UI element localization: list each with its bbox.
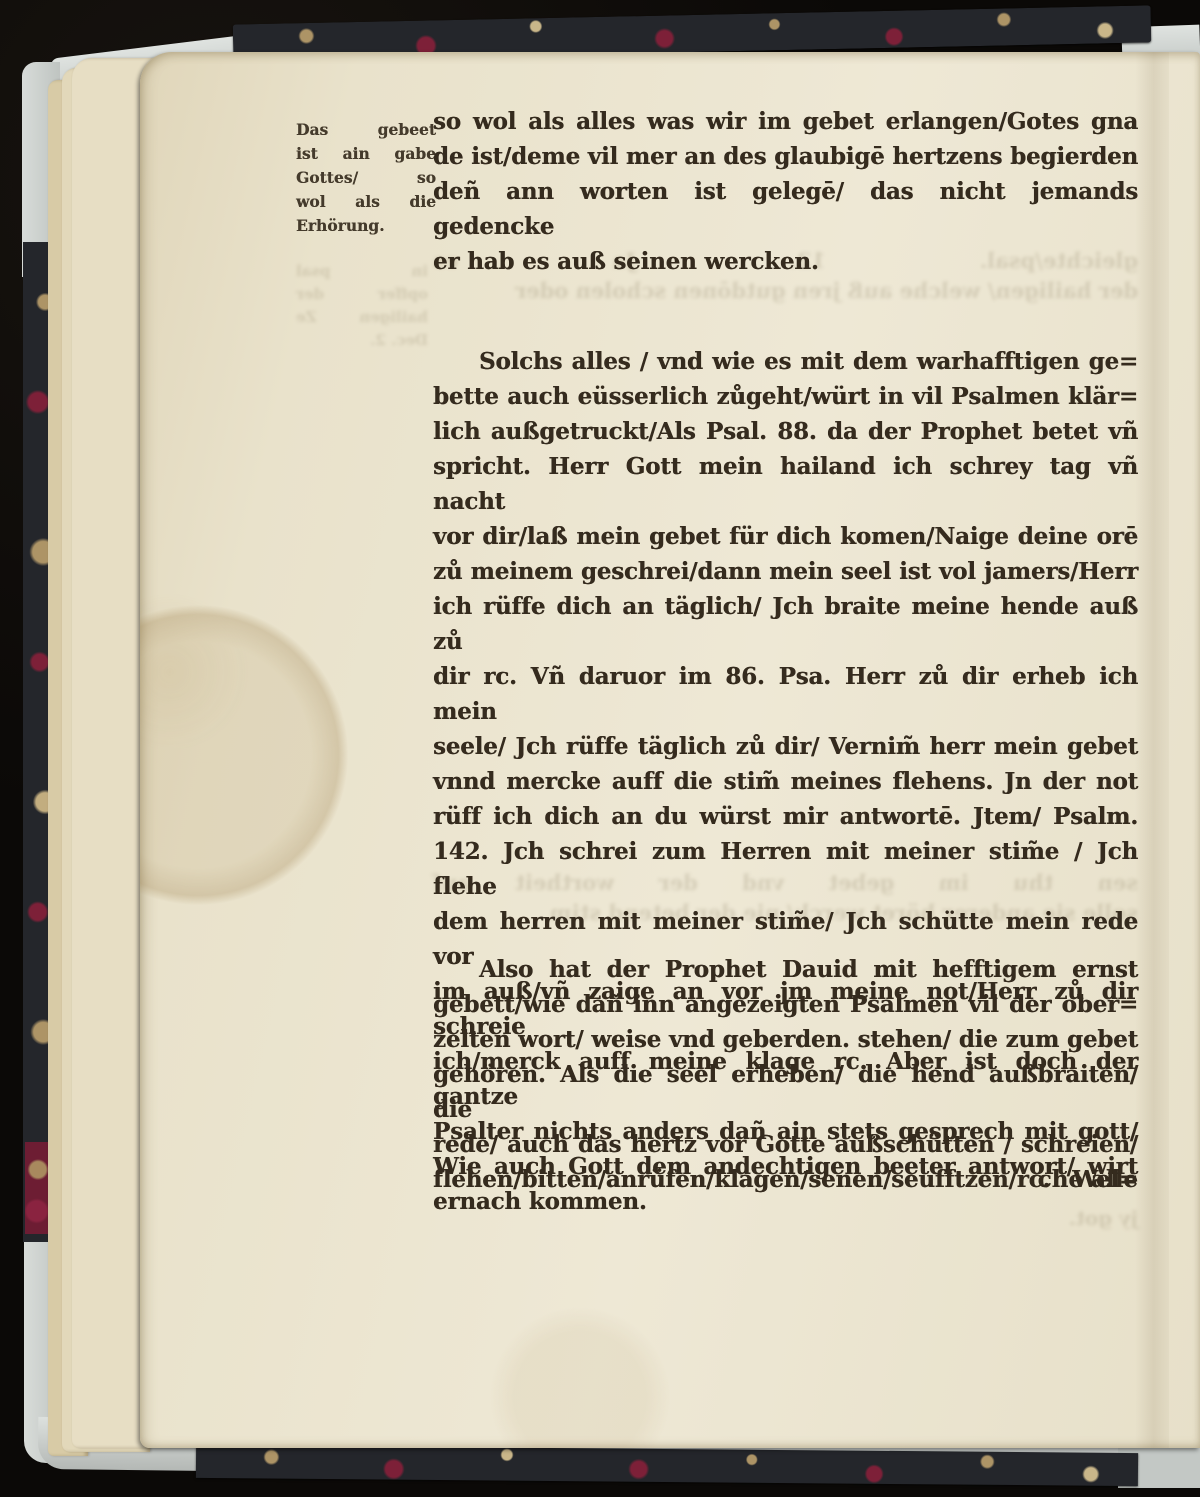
catchword: che alle: [433, 1162, 1138, 1197]
marbled-endpaper-bottom: [196, 1445, 1138, 1486]
text-line: der hailigen/ welche auß jren gutdōnen s…: [433, 276, 1138, 306]
text-line: ich rüffe dich an täglich/ Jch braite me…: [433, 589, 1138, 659]
margin-note-line: Gottes/ so: [296, 166, 436, 190]
book-photograph: { "colors":{ "background":"#0b0907","pag…: [0, 0, 1200, 1497]
text-line: hailigen Ze: [296, 306, 428, 329]
text-line: zelten wort/ weise vnd geberden. stehen/…: [433, 1022, 1138, 1057]
text-line: vnnd mercke auff die stim̃ meines flehen…: [433, 764, 1138, 799]
text-line: 142. Jch schrei zum Herren mit meiner st…: [433, 834, 1138, 904]
text-line: rüff ich dich an du würst mir antwortē. …: [433, 799, 1138, 834]
paragraph-3: Also hat der Prophet Dauid mit hefftigem…: [433, 952, 1138, 1197]
margin-note-line: ist ain gabe: [296, 142, 436, 166]
text-line: gehören. Als die seel erheben/ die hend …: [433, 1057, 1138, 1127]
text-line: seele/ Jch rüffe täglich zů dir/ Vernim̃…: [433, 729, 1138, 764]
text-line: lich außgetruckt/Als Psal. 88. da der Pr…: [433, 414, 1138, 449]
text-line: er hab es auß seinen wercken.: [433, 244, 1138, 279]
margin-note: Das gebeetist ain gabeGottes/ sowol als …: [296, 118, 436, 238]
margin-note-line: wol als die: [296, 190, 436, 214]
text-line: gebett/wie dañ inn angezeigten Psalmen v…: [433, 987, 1138, 1022]
text-line: Dec. 2.: [296, 329, 428, 352]
text-line: de ist/deme vil mer an des glaubigē hert…: [433, 139, 1138, 174]
margin-note-line: Erhörung.: [296, 214, 436, 238]
text-line: spricht. Herr Gott mein hailand ich schr…: [433, 449, 1138, 519]
text-line: rede/ auch das hertz vor Gotte außschütt…: [433, 1127, 1138, 1162]
text-line: Solchs alles / vnd wie es mit dem warhaf…: [433, 344, 1138, 379]
book-page: gleichte/psal. 12. Ja esder hailigen/ we…: [140, 52, 1200, 1448]
text-line: deñ ann worten ist gelegē/ das nicht jem…: [433, 174, 1138, 244]
text-line: bette auch eüsserlich zůgeht/würt in vil…: [433, 379, 1138, 414]
text-line: vor dir/laß mein gebet für dich komen/Na…: [433, 519, 1138, 554]
text-line: zů meinem geschrei/dann mein seel ist vo…: [433, 554, 1138, 589]
text-line: in psal: [296, 260, 428, 283]
text-line: so wol als alles was wir im gebet erlang…: [433, 104, 1138, 139]
paragraph-1: so wol als alles was wir im gebet erlang…: [433, 104, 1138, 279]
margin-note-line: Das gebeet: [296, 118, 436, 142]
show-through-text: in psalopffer derhailigen ZeDec. 2.: [296, 260, 428, 352]
text-line: opffer der: [296, 283, 428, 306]
text-line: dir rc. Vñ daruor im 86. Psa. Herr zů di…: [433, 659, 1138, 729]
text-line: Also hat der Prophet Dauid mit hefftigem…: [433, 952, 1138, 987]
